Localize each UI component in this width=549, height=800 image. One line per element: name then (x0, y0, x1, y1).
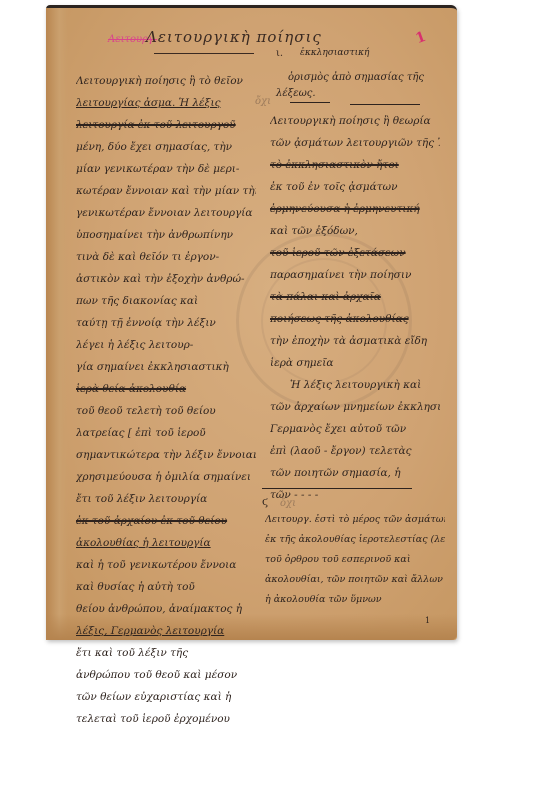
text-line: Γερμανὸς ἔχει αὐτοῦ τῶν (270, 418, 440, 440)
superscript-note: ἐκκλησιαστική (300, 48, 369, 58)
text-line: ἐκ τοῦ ἐν τοῖς ᾀσμάτων (270, 176, 440, 198)
section-divider (262, 488, 412, 489)
text-line: ἐπὶ (λαοῦ - ἔργον) τελετὰς (270, 440, 440, 462)
text-line: ἡ ἀκολουθία τῶν ὕμνων (265, 590, 445, 610)
text-line: τελεταὶ τοῦ ἱεροῦ ἐρχομένου (76, 708, 256, 730)
text-line: παρασημαίνει τὴν ποίησιν (270, 264, 440, 286)
text-line-struck: ἐρμηνεύουσα ἡ ἐρμηνευτική (270, 198, 440, 220)
text-line: ἀνθρώπου τοῦ θεοῦ καὶ μέσον (76, 664, 256, 686)
text-line: καὶ ἡ τοῦ γενικωτέρου ἔννοια (76, 554, 256, 576)
text-line: μένη, δύο ἔχει σημασίας, τὴν (76, 136, 256, 158)
text-line: Λειτουργικὴ ποίησις ἢ τὸ θεῖον (76, 70, 256, 92)
header-mark: ι. (276, 48, 283, 59)
short-rule (290, 102, 330, 103)
text-line: Λειτουργικὴ ποίησις ἢ θεωρία (270, 110, 440, 132)
text-line: τὴν ἐποχὴν τὰ ἀσματικὰ εἴδη (270, 330, 440, 352)
text-line: τῶν ᾀσμάτων λειτουργιῶν τῆς Ἐκκλησίας. (270, 132, 440, 154)
text-line-struck: τὰ πάλαι καὶ ἀρχαῖα (270, 286, 440, 308)
text-line: λέγει ἡ λέξις λειτουρ- (76, 334, 256, 356)
text-line: μίαν γενικωτέραν τὴν δὲ μερι- (76, 158, 256, 180)
text-line: καὶ τῶν ἐξόδων, (270, 220, 440, 242)
text-line: τοῦ θεοῦ τελετὴ τοῦ θείου (76, 400, 256, 422)
text-line: λέξις, Γερμανὸς λειτουργία (76, 620, 256, 642)
right-heading: ὁρισμὸς ἀπὸ σημασίας τῆς (288, 72, 424, 83)
text-line: πων τῆς διακονίας καὶ (76, 290, 256, 312)
faint-margin-note: ὄχι (255, 96, 271, 107)
text-line: ὑποσημαίνει τὴν ἀνθρωπίνην (76, 224, 256, 246)
title-underline (154, 53, 254, 54)
text-line: τοῦ ὀρθρου τοῦ εσπερινοῦ καὶ (265, 550, 445, 570)
text-line: ἔτι τοῦ λέξιν λειτουργία (76, 488, 256, 510)
text-line: γενικωτέραν ἔννοιαν λειτουργία (76, 202, 256, 224)
text-line: ἔτι καὶ τοῦ λέξιν τῆς (76, 642, 256, 664)
text-line: γία σημαίνει ἐκκλησιαστικὴ (76, 356, 256, 378)
right-column-text: Λειτουργικὴ ποίησις ἢ θεωρία τῶν ᾀσμάτων… (270, 110, 440, 506)
text-line: τῶν θείων εὐχαριστίας καὶ ἡ (76, 686, 256, 708)
text-line: χρησιμεύουσα ἡ ὁμιλία σημαίνει (76, 466, 256, 488)
text-line: ἀκολουθίαι, τῶν ποιητῶν καὶ ἄλλων (265, 570, 445, 590)
text-line: ταύτῃ τῇ ἐννοίᾳ τὴν λέξιν (76, 312, 256, 334)
text-line-struck: ἱερὰ θεία ἀκολουθία (76, 378, 256, 400)
text-line: ἐκ τῆς ἀκολουθίας ἱεροτελεστίας (λειτουρ… (265, 530, 445, 550)
text-line: λειτουργίας ἀσμα. Ἡ λέξις (76, 92, 256, 114)
text-line: θείου ἀνθρώπου, ἀναίμακτος ἡ (76, 598, 256, 620)
text-line: καὶ θυσίας ἡ αὐτὴ τοῦ (76, 576, 256, 598)
text-line: τῶν ἀρχαίων μνημείων ἐκκλησιαστικῶν (270, 396, 440, 418)
text-line: τινὰ δὲ καὶ θεῖόν τι ἐργον- (76, 246, 256, 268)
bottom-right-text: Λειτουργ. ἐστὶ τὸ μέρος τῶν ἀσμάτων τὰ ἐ… (265, 510, 445, 610)
text-line: ἀστικὸν καὶ τὴν ἐξοχὴν ἀνθρώ- (76, 268, 256, 290)
text-line-struck: λειτουργία ἐκ τοῦ λειτουργοῦ (76, 114, 256, 136)
left-column-text: Λειτουργικὴ ποίησις ἢ τὸ θεῖον λειτουργί… (76, 70, 256, 730)
text-line-struck: ἐκ τοῦ ἀρχαίου ἐκ τοῦ θείου (76, 510, 256, 532)
text-line: σημαντικώτερα τὴν λέξιν ἔννοιαν (76, 444, 256, 466)
faint-margin-note: ὄχι (280, 498, 296, 509)
text-line: τῶν ποιητῶν σημασία, ἡ (270, 462, 440, 484)
text-line: ἀκολουθίας ἡ λειτουργία (76, 532, 256, 554)
text-line-struck: ποιήσεως τῆς ἀκολουθίας (270, 308, 440, 330)
page-title: Λειτουργικὴ ποίησις (146, 28, 322, 46)
section-mark: ϛ (262, 495, 268, 508)
text-line: λατρείας [ ἐπὶ τοῦ ἱεροῦ (76, 422, 256, 444)
text-line-struck: τοῦ ἱεροῦ τῶν ἐξετάσεων (270, 242, 440, 264)
text-line: κωτέραν ἔννοιαν καὶ τὴν μίαν τὴν (76, 180, 256, 202)
text-line: Ἡ λέξις λειτουργικὴ καὶ (270, 374, 440, 396)
red-corner-mark: 1 (414, 29, 429, 47)
short-rule (350, 104, 420, 105)
text-line: ἱερὰ σημεῖα (270, 352, 440, 374)
page-number: 1 (425, 616, 430, 625)
text-line-struck: τὸ ἐκκλησιαστικὸν ἤτοι (270, 154, 440, 176)
text-line: Λειτουργ. ἐστὶ τὸ μέρος τῶν ἀσμάτων τὰ ἐ… (265, 510, 445, 530)
right-heading-cont: λέξεως. (276, 88, 316, 99)
